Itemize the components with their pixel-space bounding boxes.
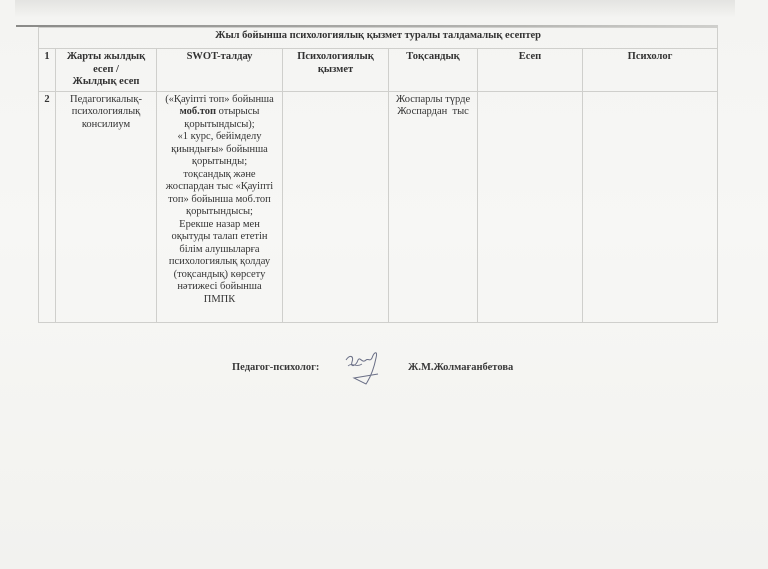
- swot-line: қорытынды;: [160, 156, 279, 169]
- swot-line: нәтижесі бойынша: [160, 281, 279, 294]
- document-page: Жыл бойынша психологиялық қызмет туралы …: [0, 0, 768, 569]
- swot-line: қорытындысы);: [160, 119, 279, 132]
- header-line: есеп /: [59, 64, 153, 77]
- signature-block: Педагог-психолог: Ж.М.Жолмағанбетова: [232, 348, 552, 388]
- swot-line: оқытуды талап ететін: [160, 231, 279, 244]
- cell-line: Жоспардан тыс: [392, 106, 474, 119]
- row-number: 2: [39, 91, 56, 322]
- signature-name: Ж.М.Жолмағанбетова: [408, 362, 513, 373]
- swot-line: қиындығы» бойынша: [160, 144, 279, 157]
- table-title: Жыл бойынша психологиялық қызмет туралы …: [39, 28, 718, 49]
- header-number: 1: [39, 49, 56, 92]
- swot-line: жоспардан тыс «Қауіпті: [160, 181, 279, 194]
- header-swot: SWOT-талдау: [157, 49, 283, 92]
- page-edge-shadow: [15, 0, 735, 18]
- swot-line: топ» бойынша моб.топ: [160, 194, 279, 207]
- row-psych-service: [283, 91, 389, 322]
- header-line: қызмет: [286, 64, 385, 77]
- header-psych-service: Психологиялық қызмет: [283, 49, 389, 92]
- swot-line: «1 курс, бейімделу: [160, 131, 279, 144]
- header-line: Жылдық есеп: [59, 76, 153, 89]
- header-report: Есеп: [478, 49, 583, 92]
- swot-line: моб.топ отырысы: [160, 106, 279, 119]
- row-swot: («Қауіпті топ» бойыншамоб.топ отырысықор…: [157, 91, 283, 322]
- swot-line: психологиялық қолдау: [160, 256, 279, 269]
- header-line: Психологиялық: [286, 51, 385, 64]
- cell-line: Педагогикалық-: [59, 94, 153, 107]
- swot-line: (тоқсандық) көрсету: [160, 269, 279, 282]
- swot-line: ПМПК: [160, 294, 279, 307]
- signature-icon: [340, 348, 388, 388]
- row-psychologist: [583, 91, 718, 322]
- table-row: 2 Педагогикалық- психологиялық консилиум…: [39, 91, 718, 322]
- swot-line: тоқсандық және: [160, 169, 279, 182]
- cell-line: консилиум: [59, 119, 153, 132]
- cell-line: психологиялық: [59, 106, 153, 119]
- header-row: 1 Жарты жылдық есеп / Жылдық есеп SWOT-т…: [39, 49, 718, 92]
- swot-line: («Қауіпті топ» бойынша: [160, 94, 279, 107]
- header-psychologist: Психолог: [583, 49, 718, 92]
- row-quarterly: Жоспарлы түрде Жоспардан тыс: [389, 91, 478, 322]
- header-quarterly: Тоқсандық: [389, 49, 478, 92]
- row-report-type: Педагогикалық- психологиялық консилиум: [56, 91, 157, 322]
- header-line: Жарты жылдық: [59, 51, 153, 64]
- swot-line: Ерекше назар мен: [160, 219, 279, 232]
- swot-line: қорытындысы;: [160, 206, 279, 219]
- cell-line: Жоспарлы түрде: [392, 94, 474, 107]
- header-report-type: Жарты жылдық есеп / Жылдық есеп: [56, 49, 157, 92]
- row-report: [478, 91, 583, 322]
- swot-line: білім алушыларға: [160, 244, 279, 257]
- signature-role: Педагог-психолог:: [232, 362, 319, 373]
- report-table: Жыл бойынша психологиялық қызмет туралы …: [38, 27, 718, 323]
